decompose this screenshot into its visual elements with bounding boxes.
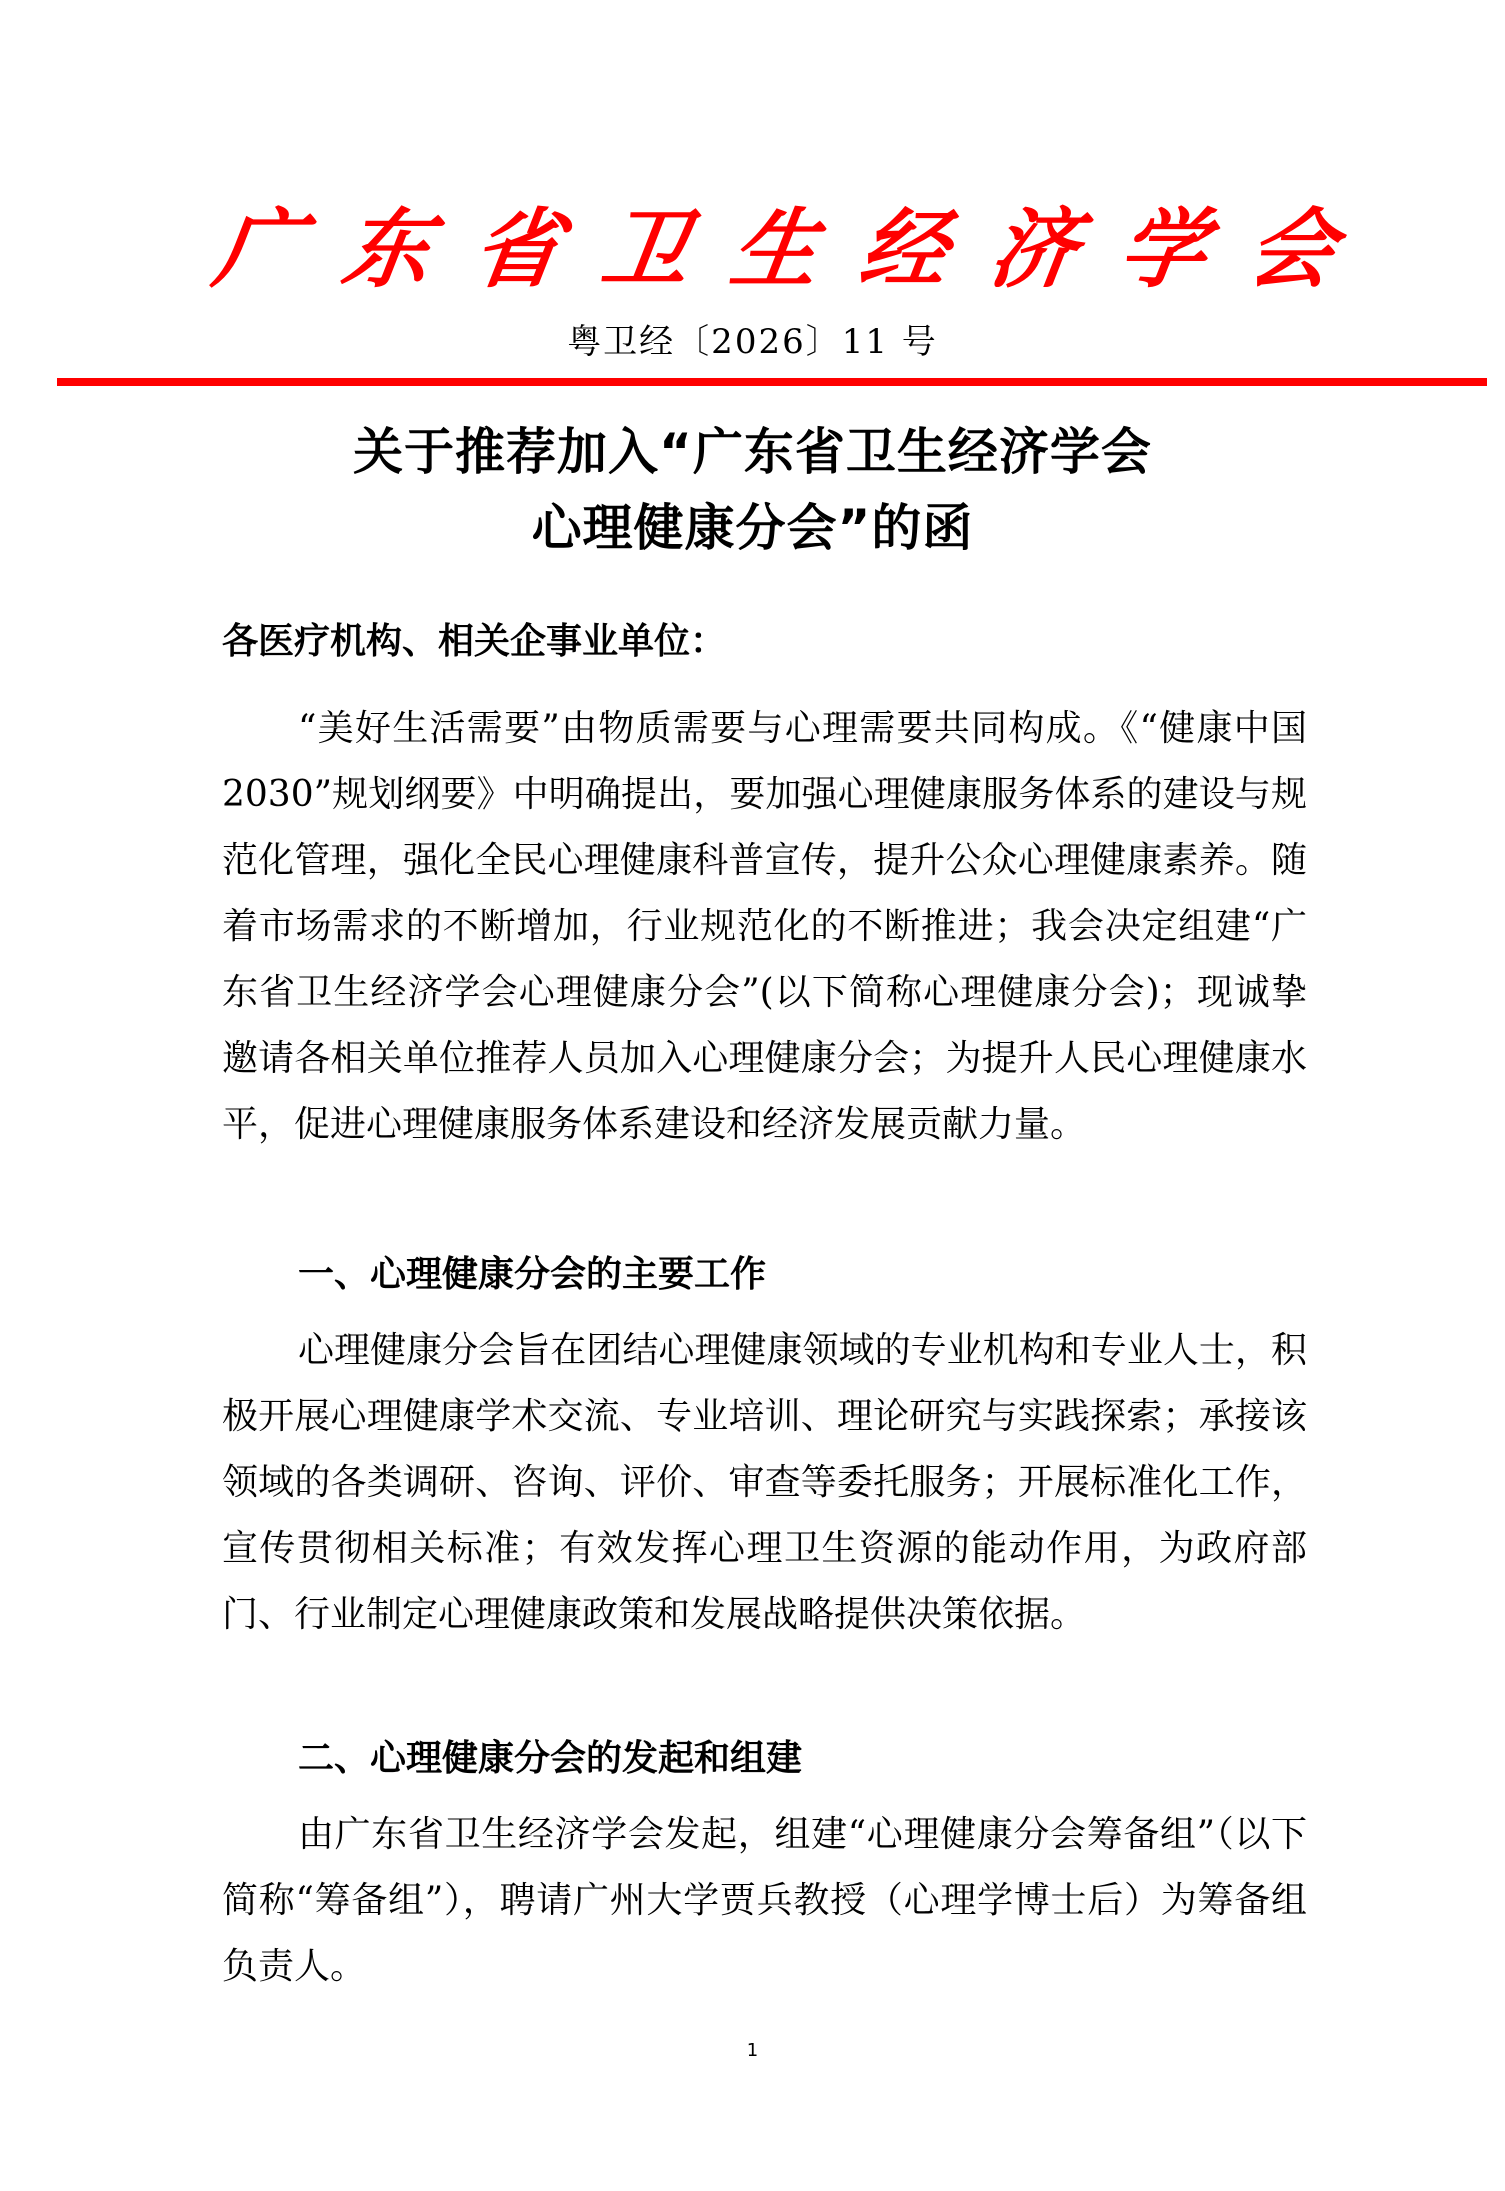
org-name-char: 广 — [209, 207, 307, 293]
document-title-line-1: 关于推荐加入“广东省卫生经济学会 — [0, 424, 1505, 480]
document-title-line-2: 心理健康分会”的函 — [0, 500, 1505, 556]
section-heading-2: 二、心理健康分会的发起和组建 — [298, 1737, 802, 1781]
org-name-char: 东 — [338, 207, 436, 293]
section-body-1: 心理健康分会旨在团结心理健康领域的专业机构和专业人士，积极开展心理健康学术交流、… — [222, 1318, 1307, 1648]
intro-paragraph: “美好生活需要”由物质需要与心理需要共同构成。《“健康中国 2030”规划纲要》… — [222, 696, 1307, 1158]
letterhead-divider — [57, 378, 1487, 386]
org-name-char: 学 — [1114, 207, 1212, 293]
org-name-char: 经 — [855, 207, 953, 293]
document-page: 广 东 省 卫 生 经 济 学 会 粤卫经〔2026〕11 号 关于推荐加入“广… — [0, 0, 1505, 2191]
section-heading-1: 一、心理健康分会的主要工作 — [298, 1253, 766, 1297]
org-name-char: 卫 — [597, 207, 695, 293]
letterhead-org-name: 广 东 省 卫 生 经 济 学 会 — [215, 195, 1335, 305]
org-name-char: 生 — [726, 207, 824, 293]
document-number: 粤卫经〔2026〕11 号 — [0, 322, 1505, 362]
org-name-char: 省 — [467, 207, 565, 293]
page-number: 1 — [0, 2040, 1505, 2062]
org-name-char: 会 — [1243, 207, 1341, 293]
salutation: 各医疗机构、相关企事业单位： — [222, 620, 726, 664]
section-body-2: 由广东省卫生经济学会发起，组建“心理健康分会筹备组”（以下简称“筹备组”），聘请… — [222, 1802, 1307, 2000]
org-name-char: 济 — [984, 207, 1082, 293]
